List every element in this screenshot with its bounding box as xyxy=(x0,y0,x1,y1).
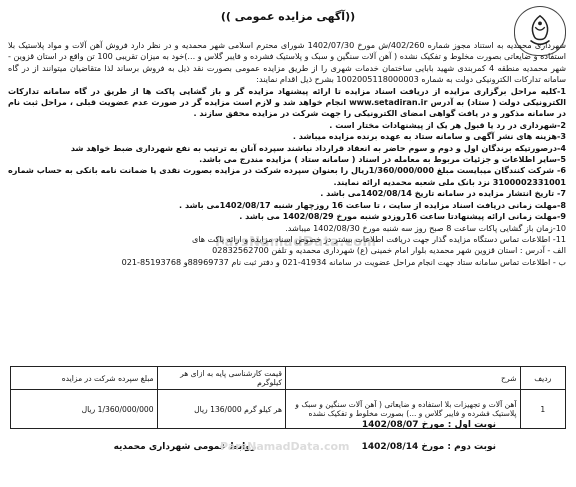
watermark-bottom: ParsNamadData.com xyxy=(220,440,350,453)
intro-paragraph: شهرداری محمدیه به استناد مجوز شماره 402/… xyxy=(8,40,566,86)
clause-9: 9-مهلت زمانی ارائه پیشنهادتا ساعت 16روزد… xyxy=(8,211,566,222)
clause-10: 10-زمان باز گشایی پاکات ساعت 8 صبح روز س… xyxy=(8,223,566,234)
clause-3: 3-هزینه های نشر آگهی و سامانه ستاد به عه… xyxy=(8,131,566,142)
cell-unit-price: هر کیلو گرم 136/000 ریال xyxy=(157,390,285,429)
table-header-row: ردیف شرح قیمت کارشناسی پایه به ازای هر ک… xyxy=(11,367,566,390)
clause-1: 1-کلیه مراحل برگزاری مزایده از دریافت اس… xyxy=(8,86,566,120)
second-publication-date: نوبت دوم : مورخ 1402/08/14 xyxy=(362,442,496,452)
clause-8: 8-مهلت زمانی دریافت اسناد مزایده از سایت… xyxy=(8,200,566,211)
first-publication-date: نوبت اول : مورخ 1402/08/07 xyxy=(362,420,496,430)
header-deposit: مبلغ سپرده شرکت در مزایده xyxy=(11,367,158,390)
header-unit-price: قیمت کارشناسی پایه به ازای هر کیلوگرم xyxy=(157,367,285,390)
header-index: ردیف xyxy=(520,367,565,390)
clause-5: 5-سایر اطلاعات و جزئیات مربوط به معامله … xyxy=(8,154,566,165)
notice-body: شهرداری محمدیه به استناد مجوز شماره 402/… xyxy=(8,40,566,268)
header-description: شرح xyxy=(285,367,520,390)
notice-title: ((آگهی مزایده عمومی )) xyxy=(0,10,576,23)
clause-6: 6- شرکت کنندگان میبایست مبلغ 1/360/000/0… xyxy=(8,165,566,188)
clause-11b: ب - اطلاعات تماس سامانه ستاد جهت انجام م… xyxy=(8,257,566,268)
auction-notice: ((آگهی مزایده عمومی )) ParsNamadData.com… xyxy=(0,0,576,487)
cell-index: 1 xyxy=(520,390,565,429)
cell-deposit: 1/360/000/000 ریال xyxy=(11,390,158,429)
clause-2: 2-شهرداری در رد یا قبول هر یک از پیشنهاد… xyxy=(8,120,566,131)
clause-11: 11- اطلاعات تماس دستگاه مزایده گذار جهت … xyxy=(8,234,566,245)
clause-11a: الف - آدرس : استان قزوین شهر محمدیه بلوا… xyxy=(8,245,566,256)
clause-4: 4-درصورتیکه برندگان اول و دوم و سوم حاضر… xyxy=(8,143,566,154)
clause-7: 7- تاریخ انتشار مزایده در سامانه تاریخ 1… xyxy=(8,188,566,199)
